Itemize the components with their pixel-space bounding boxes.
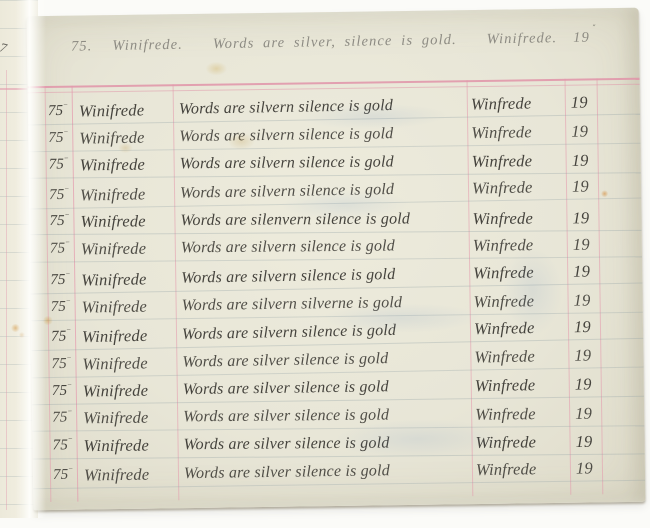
row-year: 19 [569,369,601,397]
row-year: 19 [568,311,601,339]
row-sentence: Words are silvern silverne is gold [175,287,469,318]
row-number: 75⁻ [47,235,74,262]
row-name: Winifrede [74,234,175,262]
row-sentence: Words are silvern silence is gold [173,90,467,122]
row-number: 75⁻ [45,97,72,125]
row-name: Winifrede [74,291,175,320]
row-name: Winifrede [76,430,177,458]
row-year: 19 [568,340,600,368]
row-sentence: Words are silvern silence is gold [174,174,468,206]
row-signature: Winfrede [469,230,567,258]
row-signature: Winfrede [468,146,566,174]
row-signature: Winfrede [467,88,565,117]
row-number: 75⁻ [46,207,73,234]
row-number: 75⁻ [49,431,76,458]
row-number: 75⁻ [47,265,74,293]
model-sentence: Words are silver, silence is gold. [213,32,457,53]
row-signature: Winfrede [468,172,566,201]
row-sentence: Words are silver silence is gold [177,400,471,430]
foxing-stain [205,61,227,75]
row-signature: Winfrede [471,427,569,455]
row-sentence: Words are silvern silence is gold [176,314,470,347]
row-name: Winifrede [77,459,178,488]
model-number: 75. [71,38,93,55]
row-name: Winifrede [73,207,174,235]
row-year: 19 [569,427,601,454]
header-rule [28,78,640,89]
row-year: 19 [566,204,598,231]
row-year: 19 [567,256,599,284]
practice-rows: 75⁻ Winifrede Words are silvern silence … [28,88,645,490]
row-number: 75⁻ [50,461,77,488]
row-name: Winifrede [76,375,177,404]
row-year: 19 [567,230,599,257]
row-signature: Winfrede [471,399,569,427]
row-number: 75⁻ [46,151,73,178]
stray-ink-mark: 7 [0,39,8,56]
row-number: 75⁻ [48,350,75,378]
row-year: 19 [565,87,597,115]
foxing-stain [19,332,25,338]
side-column-rule [6,70,7,510]
row-number: 75⁻ [49,403,76,430]
row-name: Winifrede [72,95,173,124]
row-signature: Winfrede [470,341,568,370]
row-year: 19 [566,146,598,173]
ditto-mark: ″ [593,23,597,32]
row-signature: Winfrede [467,117,565,145]
row-sentence: Words are silvern silence is gold [175,258,469,290]
row-number: 75⁻ [46,181,73,209]
row-name: Winifrede [75,320,177,349]
row-signature: Winfrede [469,256,567,285]
foxing-stain [11,324,20,332]
model-year: 19 [573,30,590,47]
model-name-right: Winifrede. [487,30,558,48]
model-line: 75. Winifrede. Words are silver, silence… [71,29,631,56]
row-signature: Winfrede [468,204,566,232]
row-sentence: Words are silvern silence is gold [173,118,467,149]
row-name: Winifrede [72,122,173,151]
row-signature: Winfrede [469,285,567,313]
copybook-page: 75. Winifrede. Words are silver, silence… [27,8,646,510]
row-sentence: Words are silver silence is gold [176,342,470,374]
row-year: 19 [567,285,599,313]
row-sentence: Words are silenvern silence is gold [174,204,468,233]
row-name: Winifrede [73,150,174,178]
row-number: 75⁻ [48,322,76,350]
row-year: 19 [565,116,597,144]
row-year: 19 [570,454,602,482]
row-year: 19 [569,399,601,426]
row-number: 75⁻ [49,377,76,404]
row-number: 75⁻ [45,124,72,151]
model-name-left: Winifrede. [112,37,183,55]
row-sentence: Words are silver silence is gold [178,455,472,486]
row-sentence: Words are silvern silence is gold [174,147,468,177]
row-sentence: Words are silver silence is gold [177,428,471,458]
row-sentence: Words are silvern silence is gold [175,231,469,261]
row-signature: Winfrede [470,312,569,341]
row-name: Winifrede [73,179,174,208]
row-name: Winifrede [75,348,176,377]
row-name: Winifrede [76,402,177,430]
row-signature: Winfrede [472,454,570,482]
row-sentence: Words are silver silence is gold [177,371,471,402]
row-year: 19 [566,172,598,200]
row-signature: Winfrede [471,370,569,398]
row-number: 75⁻ [47,292,74,319]
row-name: Winifrede [74,263,175,292]
